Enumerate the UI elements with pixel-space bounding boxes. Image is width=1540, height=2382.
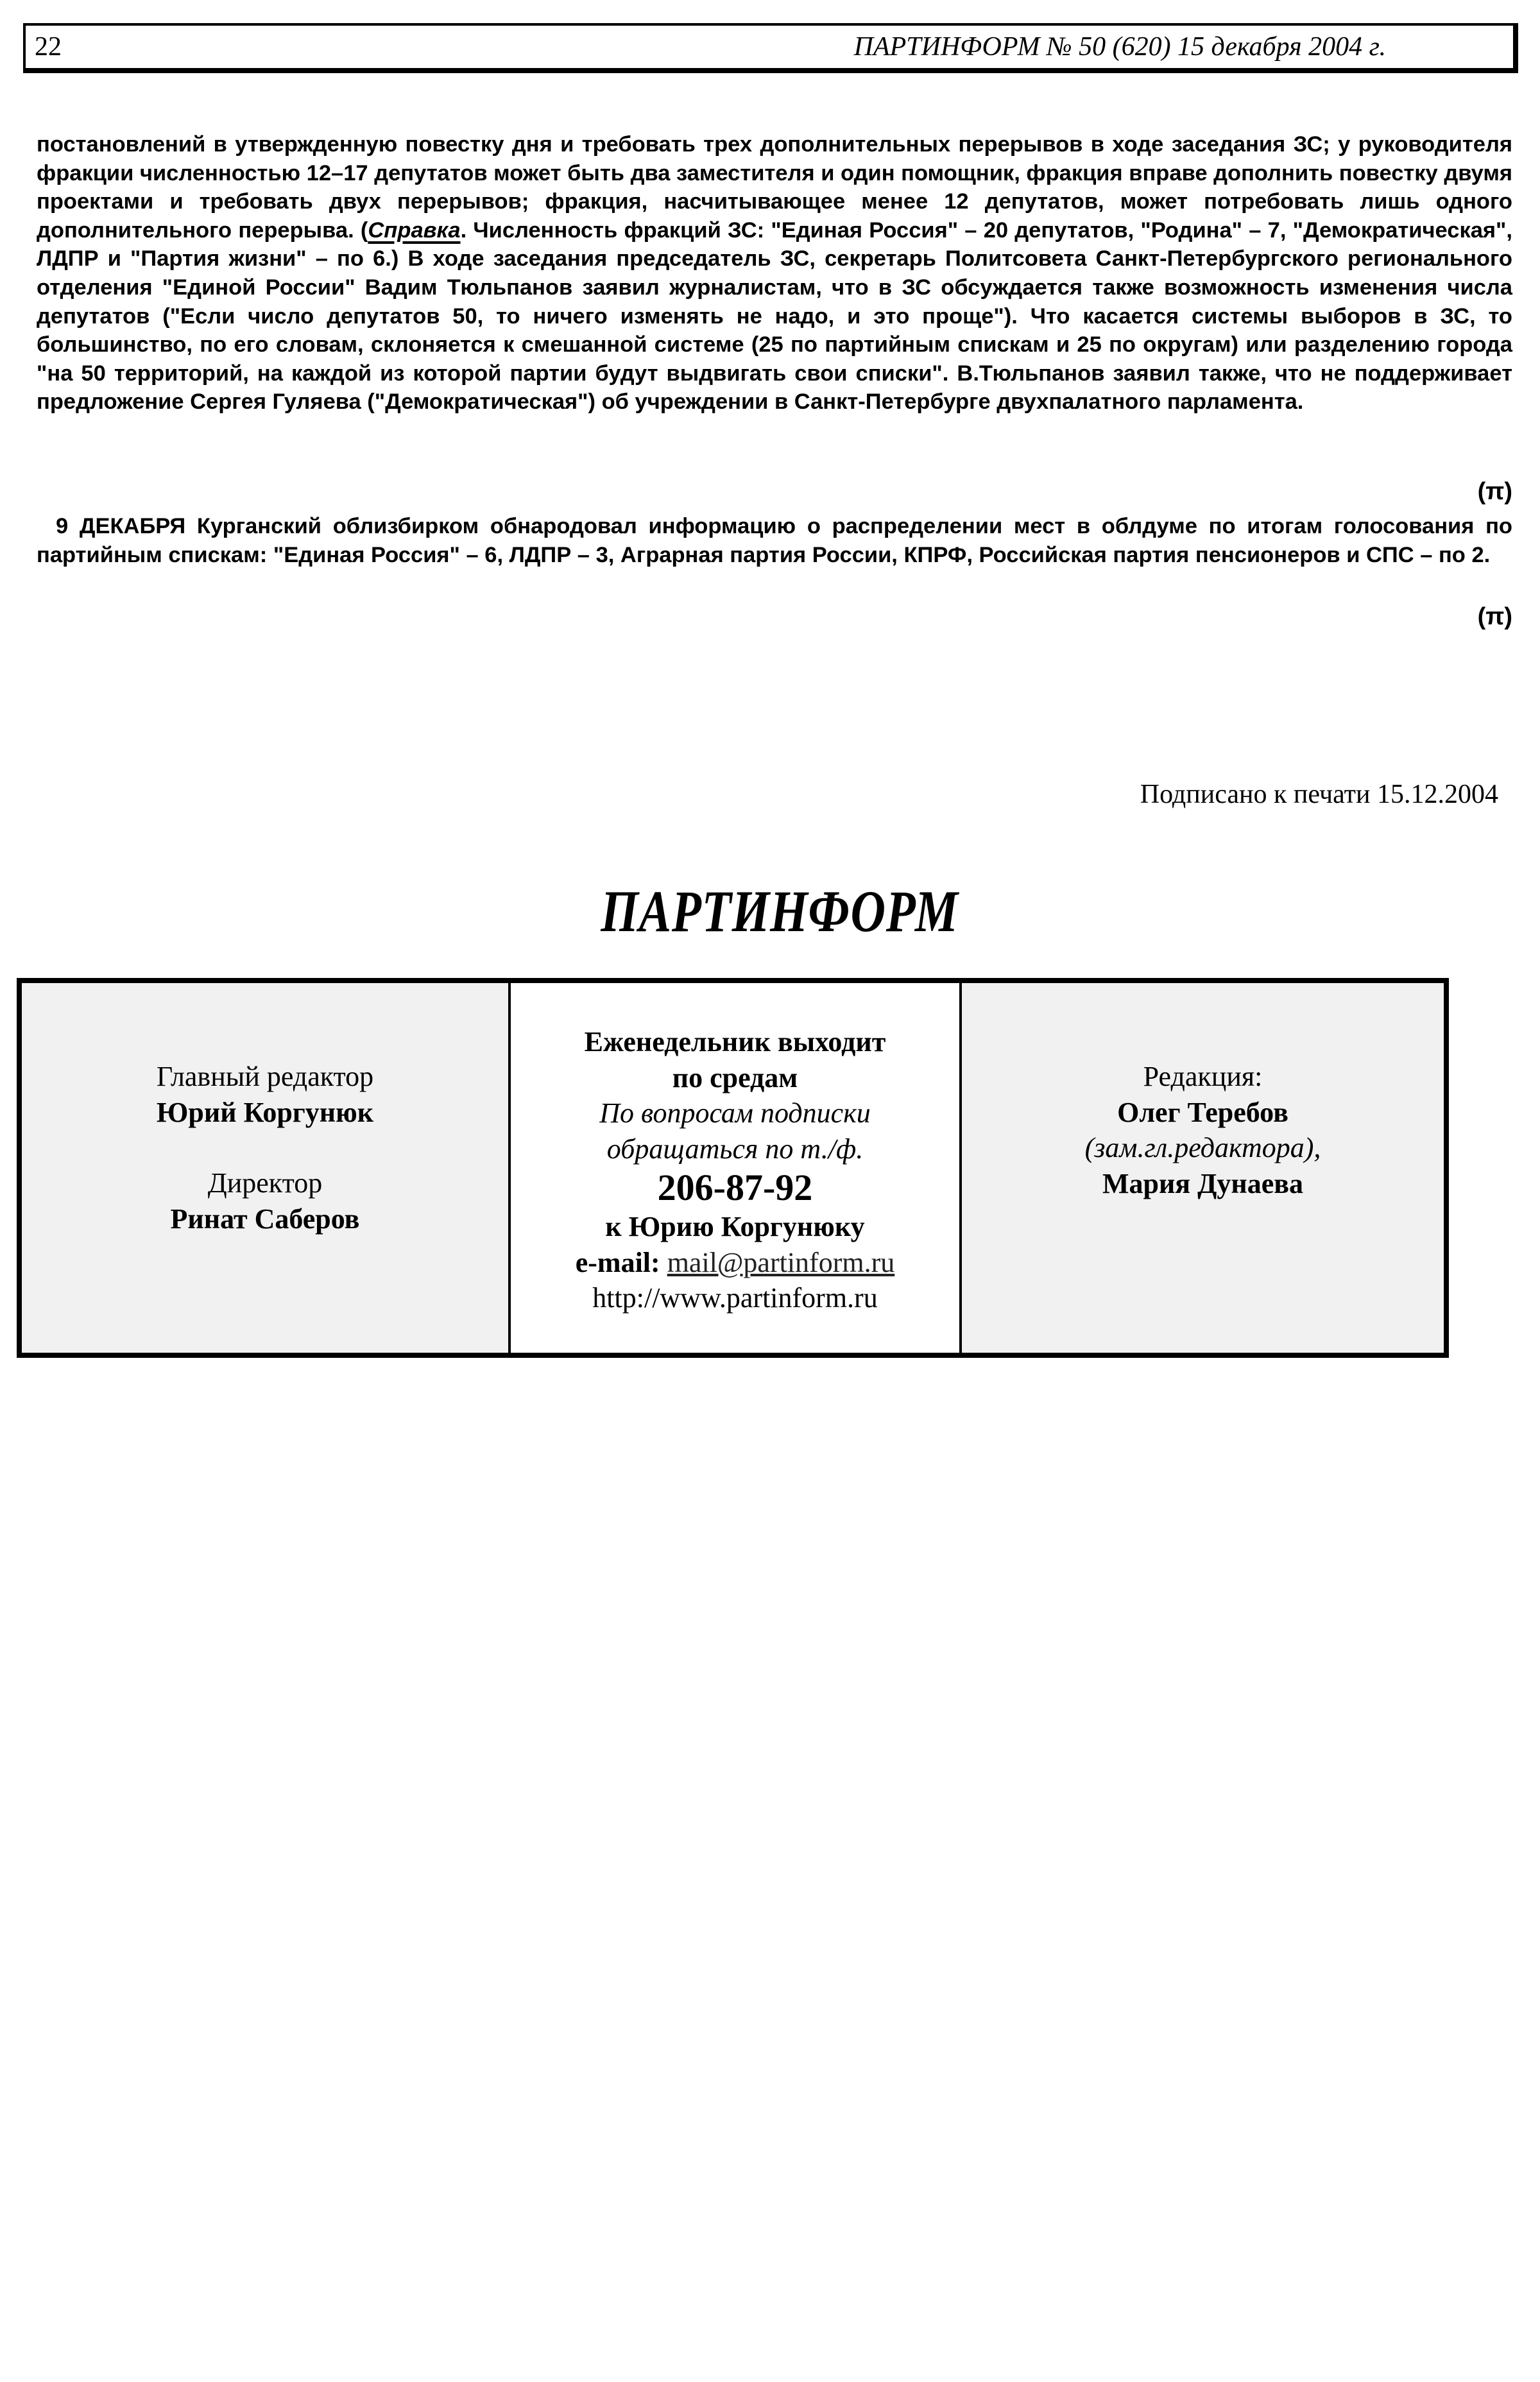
- article-paragraph-1: постановлений в утвержденную повестку дн…: [37, 130, 1512, 416]
- email-link[interactable]: mail@partinform.ru: [667, 1247, 895, 1278]
- contact-person: к Юрию Коргунюку: [511, 1209, 959, 1245]
- masthead-title-text: ПАРТИНФОРМ: [601, 879, 959, 943]
- paragraph-text: постановлений в утвержденную повестку дн…: [37, 130, 1512, 416]
- director-role: Директор: [22, 1165, 508, 1201]
- editor-name: Мария Дунаева: [962, 1166, 1444, 1202]
- masthead-title: ПАРТИНФОРМ: [0, 879, 1540, 943]
- subscription-note-1: По вопросам подписки: [511, 1095, 959, 1131]
- article-paragraph-2: 9 ДЕКАБРЯ Курганский облизбирком обнарод…: [37, 512, 1512, 569]
- schedule-line-2: по средам: [511, 1060, 959, 1096]
- director-name: Ринат Саберов: [22, 1201, 508, 1237]
- editor-in-chief-role: Главный редактор: [22, 1059, 508, 1095]
- masthead-cell-management: Главный редактор Юрий Коргунюк Директор …: [22, 983, 511, 1353]
- editorial-label: Редакция:: [962, 1059, 1444, 1095]
- running-header: 22 ПАРТИНФОРМ № 50 (620) 15 декабря 2004…: [23, 23, 1518, 73]
- website-url[interactable]: http://www.partinform.ru: [511, 1280, 959, 1316]
- page-number: 22: [35, 31, 62, 63]
- editor-in-chief-name: Юрий Коргунюк: [22, 1095, 508, 1131]
- spacer: [22, 1130, 508, 1165]
- masthead-info-table: Главный редактор Юрий Коргунюк Директор …: [17, 978, 1449, 1358]
- deputy-editor-role: (зам.гл.редактора),: [962, 1130, 1444, 1166]
- paragraph-text: 9 ДЕКАБРЯ Курганский облизбирком обнарод…: [37, 512, 1512, 569]
- spravka-label: Справка: [368, 218, 460, 243]
- issue-title: ПАРТИНФОРМ № 50 (620) 15 декабря 2004 г.: [854, 31, 1386, 63]
- phone-number: 206-87-92: [511, 1167, 959, 1209]
- paragraph-text-part-2: . Численность фракций ЗС: "Единая Россия…: [37, 218, 1512, 415]
- subscription-note-2: обращаться по т./ф.: [511, 1131, 959, 1167]
- signed-to-print-date: Подписано к печати 15.12.2004: [1140, 778, 1498, 811]
- schedule-line-1: Еженедельник выходит: [511, 1024, 959, 1060]
- masthead-cell-subscription: Еженедельник выходит по средам По вопрос…: [511, 983, 962, 1353]
- source-mark-2: (π): [1478, 603, 1512, 631]
- masthead-cell-editorial: Редакция: Олег Теребов (зам.гл.редактора…: [962, 983, 1444, 1353]
- email-label: e-mail:: [576, 1247, 660, 1278]
- source-mark-1: (π): [1478, 477, 1512, 506]
- email-line: e-mail: mail@partinform.ru: [511, 1245, 959, 1281]
- deputy-editor-name: Олег Теребов: [962, 1095, 1444, 1131]
